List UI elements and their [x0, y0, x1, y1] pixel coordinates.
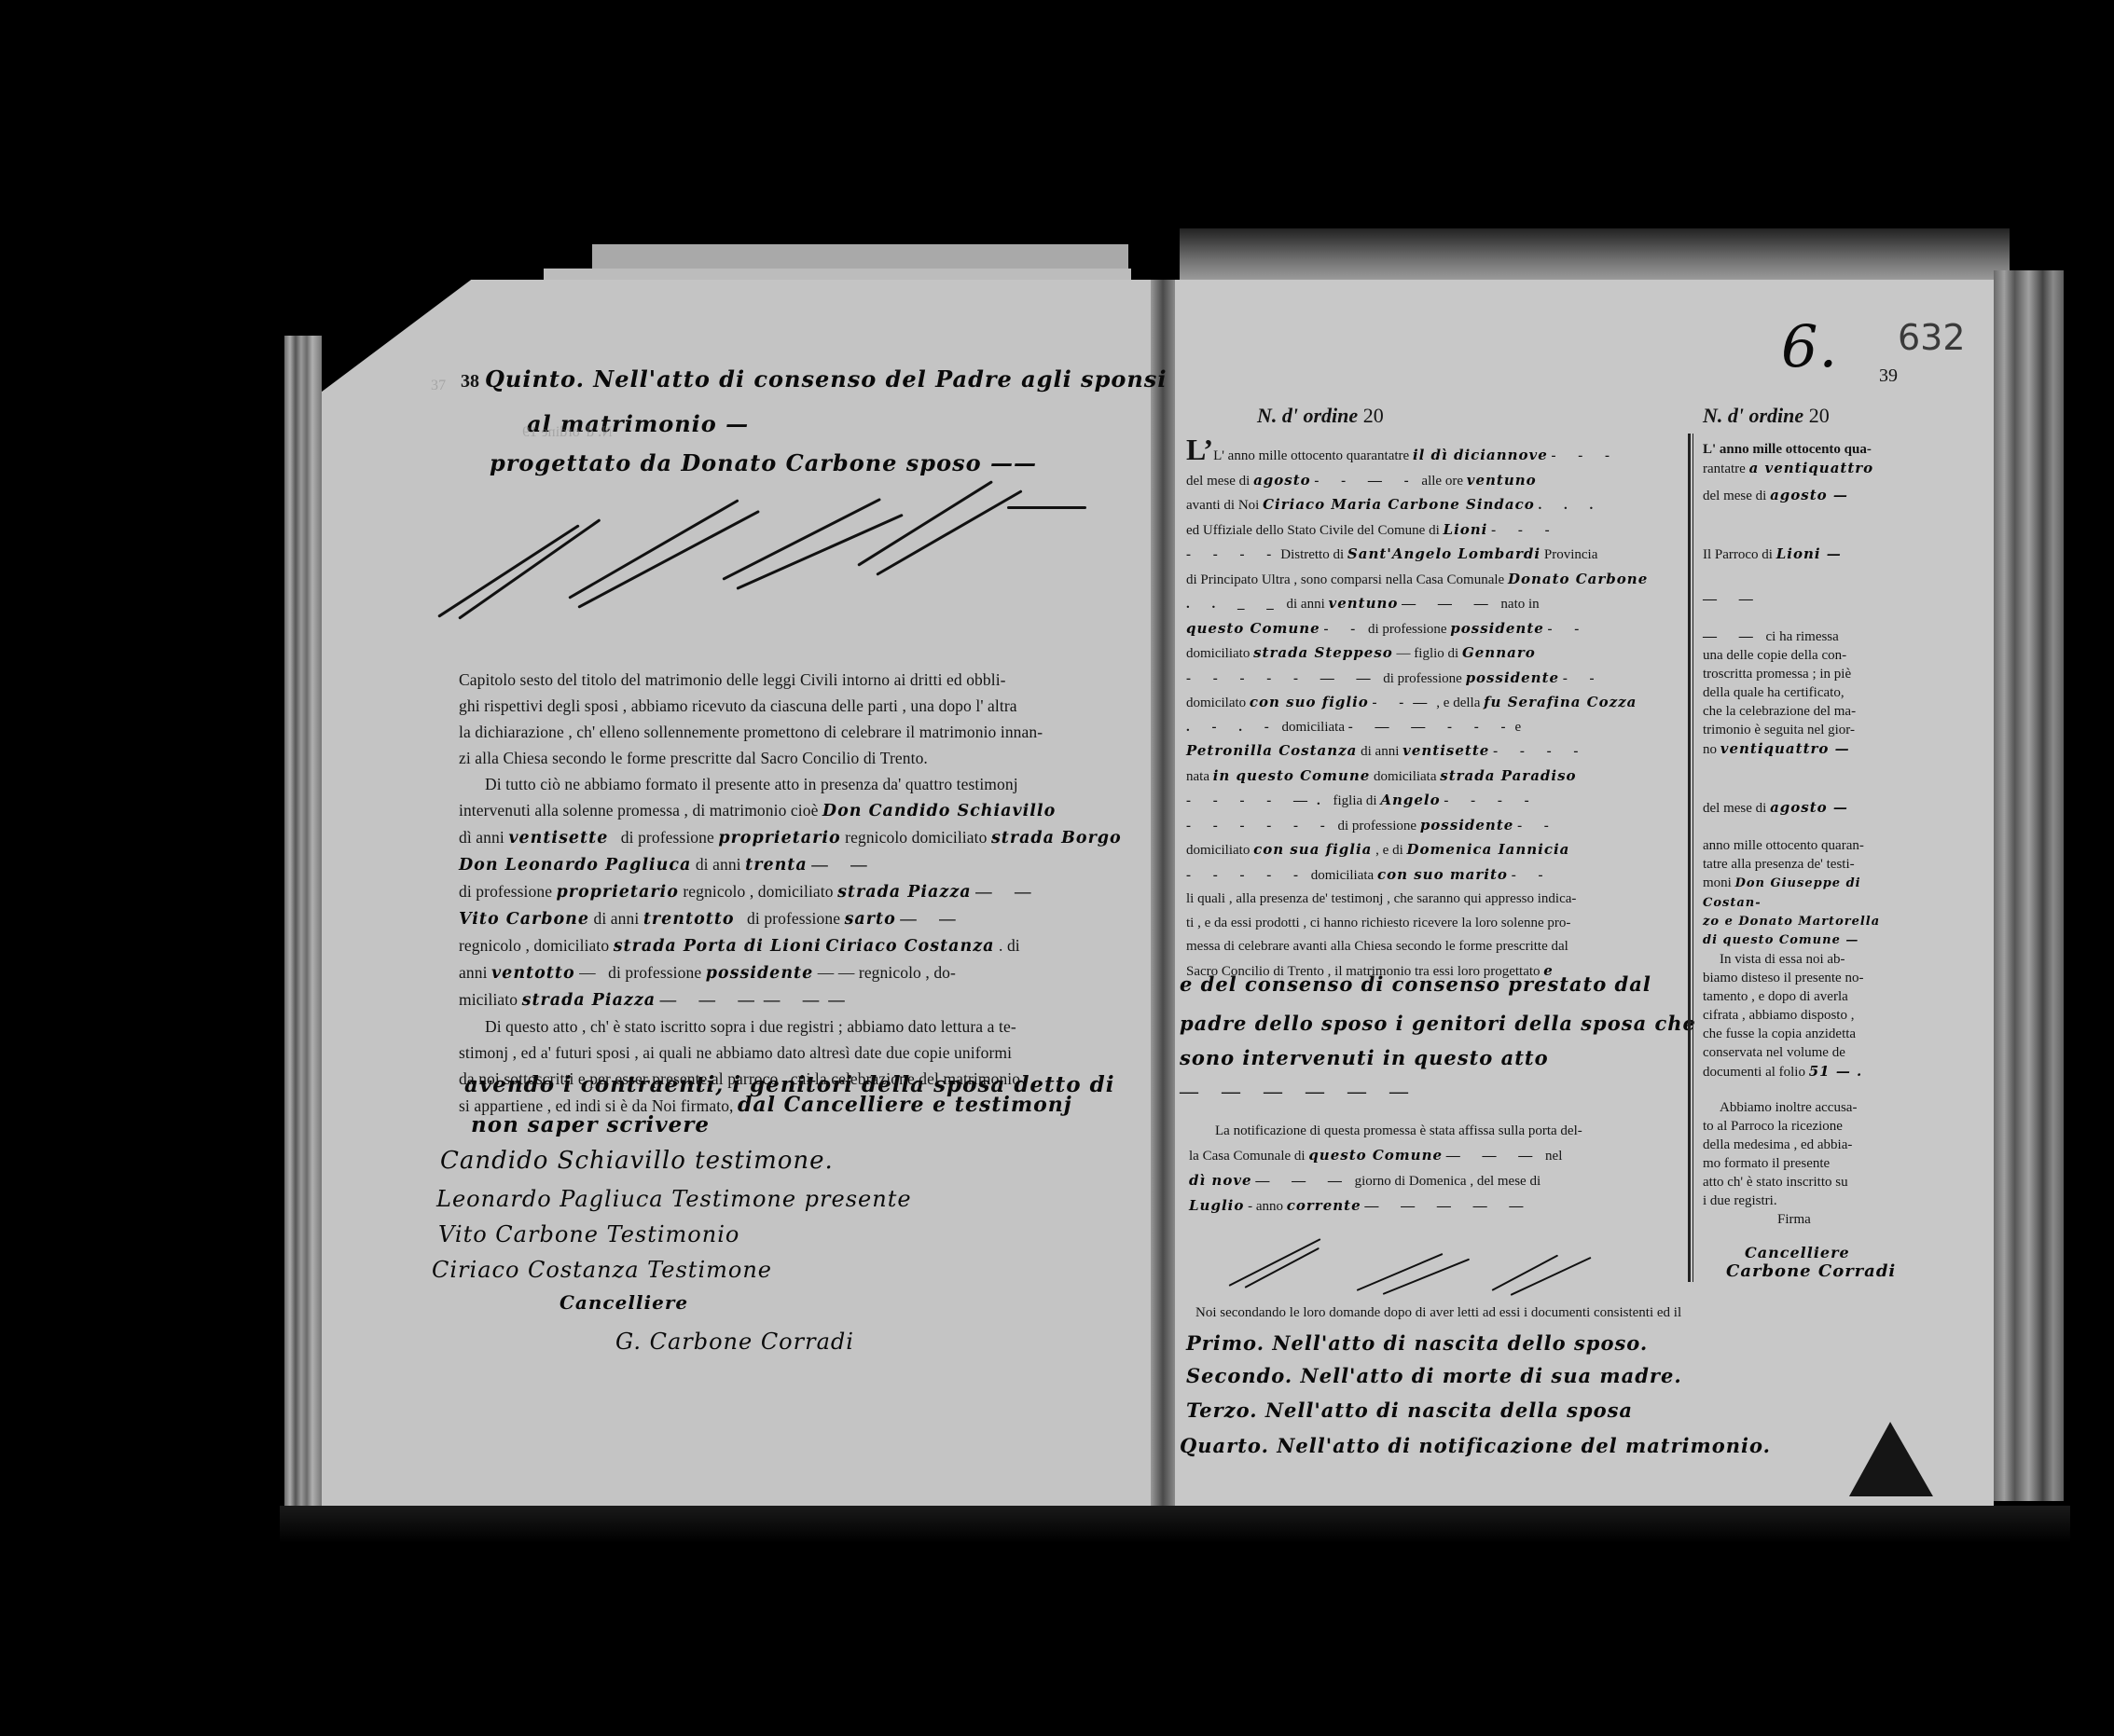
printed-text: del mese di: [1186, 474, 1250, 489]
printed-text: nata: [1186, 769, 1209, 784]
text-line: troscritta promessa ; in piè: [1703, 665, 1908, 683]
text-line: mo formato il presente: [1703, 1154, 1908, 1173]
notification-day: dì nove: [1189, 1172, 1252, 1189]
notification-paragraph: La notificazione di questa promessa è st…: [1189, 1119, 1683, 1219]
text-line: di professione proprietario regnicolo , …: [459, 878, 1149, 905]
page-number: 39: [1879, 365, 1898, 387]
text-line: che fusse la copia anzidetta: [1703, 1025, 1908, 1043]
text-line: . . _ _ di anni ventuno — — — nato in: [1186, 592, 1685, 617]
signature: Leonardo Pagliuca Testimone presente: [436, 1186, 912, 1212]
witness-3-domicile: strada Porta di Lioni: [614, 937, 822, 956]
text-line: Abbiamo inoltre accusa-: [1703, 1098, 1908, 1117]
date-day: il dì diciannove: [1413, 447, 1548, 463]
printed-text: regnicolo , domiciliato: [683, 882, 833, 901]
text-line: intervenuti alla solenne promessa , di m…: [459, 797, 1149, 824]
printed-text: di anni: [594, 909, 640, 928]
page-number: 38: [461, 371, 479, 393]
text-line: La notificazione di questa promessa è st…: [1189, 1119, 1683, 1143]
bride-father-profession: possidente: [1420, 817, 1514, 834]
text-line: L’L' anno mille ottocento quarantatre il…: [1186, 438, 1685, 469]
printed-text: del mese di: [1703, 489, 1766, 503]
text-line: — — ci ha rimessa: [1703, 627, 1908, 646]
text-line: Luglio - anno corrente — — — — —: [1189, 1193, 1683, 1219]
witness-4-profession: possidente: [706, 964, 814, 983]
printed-text: di professione: [1337, 819, 1416, 834]
text-line: to al Parroco la ricezione: [1703, 1117, 1908, 1136]
main-record: L’L' anno mille ottocento quarantatre il…: [1186, 438, 1685, 984]
printed-text: domicilato: [1186, 696, 1246, 710]
printed-text: domiciliato: [1186, 843, 1250, 858]
text-line: miciliato strada Piazza — — —— ——: [459, 986, 1149, 1013]
printed-text: ci ha rimessa: [1766, 629, 1839, 644]
firma-label: Firma: [1703, 1210, 1908, 1229]
column-divider: [1688, 434, 1691, 1282]
bride-name: Petronilla Costanza: [1186, 742, 1357, 759]
bride-father-domicile: con sua figlia: [1253, 841, 1372, 858]
text-line: - - - - - domiciliata con suo marito - -: [1186, 863, 1685, 889]
printed-text: di professione: [608, 963, 701, 982]
document-item: Terzo. Nell'atto di nascita della sposa: [1186, 1398, 1633, 1422]
text-line: li quali , alla presenza de' testimonj ,…: [1186, 888, 1685, 912]
celebration-day: ventiquattro —: [1720, 740, 1850, 757]
documents-intro: Noi secondando le loro domande dopo di a…: [1195, 1303, 1886, 1323]
text-line: di Principato Ultra , sono comparsi nell…: [1186, 568, 1685, 593]
text-line: del mese di agosto - - — - alle ore vent…: [1186, 469, 1685, 494]
document-item: Secondo. Nell'atto di morte di sua madre…: [1186, 1364, 1682, 1387]
witness-name: zo e Donato Martorella: [1703, 913, 1908, 931]
printed-text: dì anni: [459, 828, 504, 847]
ordine-heading: N. d' ordine 20: [1257, 404, 1384, 428]
groom-name: Donato Carbone: [1508, 571, 1648, 587]
text-line: i due registri.: [1703, 1192, 1908, 1210]
printed-text: di anni: [696, 855, 741, 874]
printed-text: alle ore: [1421, 474, 1463, 489]
marriage-month: agosto —: [1770, 487, 1848, 503]
printed-text: intervenuti alla solenne promessa , di m…: [459, 801, 818, 820]
witness-2-age: trenta: [745, 856, 808, 875]
witness-4-name: Ciriaco Costanza: [825, 937, 994, 956]
bottom-shadow: [280, 1506, 2070, 1543]
handwritten-line: padre dello sposo i genitori della sposa…: [1180, 1012, 1696, 1035]
text-line: domiciliato strada Steppeso — figlio di …: [1186, 641, 1685, 667]
witness-1-name: Don Candido Schiavillo: [822, 802, 1056, 820]
printed-text: regnicolo domiciliato: [845, 828, 987, 847]
celebration-month: agosto —: [1770, 799, 1848, 816]
bride-birthplace: in questo Comune: [1213, 767, 1371, 784]
witness-3-name: Vito Carbone: [459, 910, 589, 929]
text-line: rantatre a ventiquattro: [1703, 459, 1908, 478]
text-line: cifrata , abbiamo disposto ,: [1703, 1006, 1908, 1025]
handwritten-line: sono intervenuti in questo atto: [1180, 1046, 1549, 1069]
ghost-ordine: N. d' ordine 19: [522, 420, 613, 446]
ordine-label: N. d' ordine: [1257, 404, 1358, 427]
printed-text: figlio di: [1414, 646, 1458, 661]
text-line: zi alla Chiesa secondo le forme prescrit…: [459, 745, 1149, 771]
text-line: la dichiarazione , ch' elleno sollenneme…: [459, 719, 1149, 745]
printed-text: moni: [1703, 875, 1732, 890]
signature: Cancelliere: [1703, 1244, 1908, 1262]
bride-domicile: strada Paradiso: [1440, 767, 1576, 784]
printed-text: di professione: [1368, 622, 1447, 637]
text-line: dì nove — — — giorno di Domenica , del m…: [1189, 1168, 1683, 1193]
groom-profession: possidente: [1450, 620, 1544, 637]
text-line: ghi rispettivi degli sposi , abbiamo ric…: [459, 693, 1149, 719]
witness-3-profession: sarto: [845, 910, 896, 929]
right-top-edge: [1180, 228, 2010, 280]
officiant: Ciriaco Maria Carbone Sindaco: [1263, 496, 1535, 513]
handwritten-header-line: progettato da Donato Carbone sposo ——: [490, 449, 1037, 476]
text-line: L' anno mille ottocento qua-: [1703, 440, 1908, 459]
printed-text: di professione: [1383, 671, 1462, 686]
text-line: documenti al folio 51 — .: [1703, 1062, 1908, 1082]
printed-text: Distretto di: [1280, 547, 1344, 562]
book-gutter: [1151, 280, 1175, 1520]
comune: Lioni: [1444, 521, 1488, 538]
archive-number: 632: [1898, 317, 1966, 358]
printed-text: anno: [1256, 1199, 1283, 1214]
text-line: Vito Carbone di anni trentotto di profes…: [459, 905, 1149, 932]
printed-text: di Principato Ultra , sono comparsi nell…: [1186, 572, 1504, 587]
printed-text: documenti al folio: [1703, 1065, 1805, 1080]
text-line: Di questo atto , ch' è stato iscritto so…: [459, 1013, 1149, 1040]
bride-father: Angelo: [1380, 792, 1440, 808]
text-line: tatre alla presenza de' testi-: [1703, 855, 1908, 874]
text-line: moni Don Giuseppe di Costan-: [1703, 874, 1908, 913]
groom-mother: fu Serafina Cozza: [1484, 694, 1637, 710]
text-line: - - - - - — — di professione possidente …: [1186, 667, 1685, 692]
ordine-number: 20: [1809, 404, 1830, 427]
ordine-number: 20: [1363, 404, 1384, 427]
signature: Vito Carbone Testimonio: [438, 1221, 739, 1247]
printed-text: miciliato: [459, 990, 518, 1009]
bride-age: ventisette: [1402, 742, 1489, 759]
signature: G. Carbone Corradi: [615, 1329, 854, 1355]
dash-fill: — —: [1703, 590, 1908, 609]
text-line: tamento , e dopo di averla: [1703, 987, 1908, 1006]
text-line: trimonio è seguita nel gior-: [1703, 721, 1908, 739]
text-line: domicilato con suo figlio - -—, e della …: [1186, 691, 1685, 716]
printed-text: , e di: [1375, 843, 1403, 858]
printed-text: rantatre: [1703, 462, 1746, 476]
text-line: messa di celebrare avanti alla Chiesa se…: [1186, 935, 1685, 959]
hour: ventuno: [1467, 472, 1537, 489]
notification-place: questo Comune: [1308, 1147, 1443, 1164]
text-line: - - - -Distretto di Sant'Angelo Lombardi…: [1186, 543, 1685, 568]
printed-text: e: [1514, 720, 1521, 735]
column-divider: [1693, 434, 1693, 1282]
ordine-label: N. d' ordine: [1703, 404, 1803, 427]
printed-text: figlia di: [1333, 793, 1376, 808]
printed-text: ed Uffiziale dello Stato Civile del Comu…: [1186, 523, 1440, 538]
distretto: Sant'Angelo Lombardi: [1347, 545, 1541, 562]
printed-text: regnicolo: [859, 963, 921, 982]
printed-text: domiciliato: [1186, 646, 1250, 661]
page-clip-shadow: [1849, 1422, 1946, 1496]
document-item: Quarto. Nell'atto di notificazione del m…: [1180, 1434, 1771, 1457]
printed-text: domiciliata: [1374, 769, 1436, 784]
volume-mark: 6.: [1781, 312, 1838, 380]
printed-text: domiciliata: [1311, 868, 1374, 883]
text-line: - - - - - - di professione possidente - …: [1186, 814, 1685, 839]
text-line: Il Parroco di Lioni —: [1703, 544, 1908, 564]
printed-text: L' anno mille ottocento quarantatre: [1213, 448, 1409, 463]
groom-father-profession: possidente: [1466, 669, 1560, 686]
printed-text: di anni: [1287, 597, 1325, 612]
text-line: regnicolo , domiciliato strada Porta di …: [459, 932, 1149, 959]
printed-text: no: [1703, 742, 1717, 757]
printed-text: di professione: [621, 828, 714, 847]
handwritten-line: non saper scrivere: [471, 1112, 710, 1137]
printed-text: del mese di: [1703, 801, 1766, 816]
printed-text: di anni: [1361, 744, 1399, 759]
witness-2-domicile: strada Piazza: [837, 883, 972, 902]
printed-text: nato in: [1500, 597, 1539, 612]
text-line: anni ventotto — di professione possident…: [459, 959, 1149, 986]
text-line: del mese di agosto —: [1703, 486, 1908, 505]
witness-2-profession: proprietario: [557, 883, 679, 902]
drop-cap: L’: [1186, 433, 1213, 466]
text-line: biamo disteso il presente no-: [1703, 969, 1908, 987]
printed-text: , e della: [1436, 696, 1480, 710]
text-line: domiciliato con sua figlia , e di Domeni…: [1186, 838, 1685, 863]
groom-age: ventuno: [1329, 595, 1399, 612]
printed-text: domiciliata: [1282, 720, 1345, 735]
printed-text: giorno di Domenica , del mese di: [1355, 1174, 1541, 1189]
text-line: ed Uffiziale dello Stato Civile del Comu…: [1186, 518, 1685, 544]
sidebar-record: L' anno mille ottocento qua- rantatre a …: [1703, 440, 1908, 1281]
handwritten-line: avendo i contraenti, i genitori della sp…: [464, 1072, 1114, 1097]
text-line: conservata nel volume de: [1703, 1043, 1908, 1062]
notification-year: corrente: [1287, 1197, 1361, 1214]
groom-father: Gennaro: [1462, 644, 1536, 661]
witness-2-name: Don Leonardo Pagliuca: [459, 856, 691, 875]
printed-text: di professione: [747, 909, 840, 928]
right-page-stack: [1994, 270, 2064, 1501]
text-line: Capitolo sesto del titolo del matrimonio…: [459, 667, 1149, 693]
printed-paragraph: Capitolo sesto del titolo del matrimonio…: [459, 667, 1149, 1119]
printed-text: regnicolo , domiciliato: [459, 936, 609, 955]
printed-text: nel: [1545, 1149, 1562, 1164]
witness-4-age: ventotto: [491, 964, 575, 983]
marriage-day: a ventiquattro: [1749, 460, 1874, 476]
handwritten-header-line: Quinto. Nell'atto di consenso del Padre …: [485, 365, 1167, 393]
text-line: la Casa Comunale di questo Comune — — — …: [1189, 1143, 1683, 1168]
text-line: no ventiquattro —: [1703, 739, 1908, 759]
text-line: dì anni ventisette di professione propri…: [459, 824, 1149, 851]
groom-domicile: strada Steppeso: [1253, 644, 1393, 661]
signature: Cancelliere: [560, 1291, 688, 1314]
text-line: della medesima , ed abbia-: [1703, 1136, 1908, 1154]
text-line: Di tutto ciò ne abbiamo formato il prese…: [459, 771, 1149, 797]
text-line: della quale ha certificato,: [1703, 683, 1908, 702]
folio-number: 51 — .: [1809, 1063, 1863, 1080]
printed-text: la Casa Comunale di: [1189, 1149, 1306, 1164]
date-month: agosto: [1253, 472, 1311, 489]
cancel-stroke: [1007, 506, 1086, 509]
text-line: avanti di Noi Ciriaco Maria Carbone Sind…: [1186, 493, 1685, 518]
text-line: Petronilla Costanza di anni ventisette -…: [1186, 739, 1685, 765]
printed-text: di professione: [459, 882, 552, 901]
groom-birthplace: questo Comune: [1186, 620, 1320, 637]
text-line: anno mille ottocento quaran-: [1703, 836, 1908, 855]
text-line: una delle copie della con-: [1703, 646, 1908, 665]
text-line: Don Leonardo Pagliuca di anni trenta — —: [459, 851, 1149, 878]
text-line: In vista di essa noi ab-: [1703, 950, 1908, 969]
groom-father-domicile: con suo figlio: [1250, 694, 1369, 710]
printed-text: avanti di Noi: [1186, 498, 1259, 513]
text-line: nata in questo Comune domiciliata strada…: [1186, 765, 1685, 790]
witness-origin: di questo Comune —: [1703, 931, 1908, 950]
ghost-page-number: 37: [431, 373, 446, 399]
text-line: - - - - —. figlia di Angelo - - - -: [1186, 789, 1685, 814]
sidebar-ordine-heading: N. d' ordine 20: [1703, 404, 1830, 428]
text-line: . - . - domiciliata - — — - - -e: [1186, 716, 1685, 740]
witness-1-domicile: strada Borgo: [991, 829, 1122, 847]
text-line: questo Comune - - di professione posside…: [1186, 617, 1685, 642]
signature: Candido Schiavillo testimone.: [440, 1147, 834, 1175]
document-item: Primo. Nell'atto di nascita dello sposo.: [1186, 1331, 1648, 1355]
printed-text: Provincia: [1544, 547, 1598, 562]
text-line: stimonj , ed a' futuri sposi , ai quali …: [459, 1040, 1149, 1066]
left-page-stack: [284, 336, 322, 1524]
witness-1-age: ventisette: [508, 829, 608, 847]
parish: Lioni —: [1776, 545, 1842, 562]
dash-fill: — — — — — —: [1180, 1082, 1417, 1103]
bride-mother-domicile: con suo marito: [1377, 866, 1508, 883]
text-line: che la celebrazione del ma-: [1703, 702, 1908, 721]
handwritten-line: e del consenso di consenso prestato dal: [1180, 972, 1651, 996]
text-line: atto ch' è stato inscritto su: [1703, 1173, 1908, 1192]
witness-4-domicile: strada Piazza: [522, 991, 656, 1010]
text-line: ti , e da essi prodotti , ci hanno richi…: [1186, 912, 1685, 936]
signature: Carbone Corradi: [1703, 1262, 1908, 1281]
signature: Ciriaco Costanza Testimone: [432, 1257, 772, 1283]
bride-mother: Domenica Iannicia: [1406, 841, 1569, 858]
printed-text: do-: [933, 963, 956, 982]
witness-3-age: trentotto: [643, 910, 735, 929]
witness-1-profession: proprietario: [718, 829, 840, 847]
notification-month: Luglio: [1189, 1197, 1244, 1214]
text-line: del mese di agosto —: [1703, 798, 1908, 818]
printed-text: Il Parroco di: [1703, 547, 1773, 562]
